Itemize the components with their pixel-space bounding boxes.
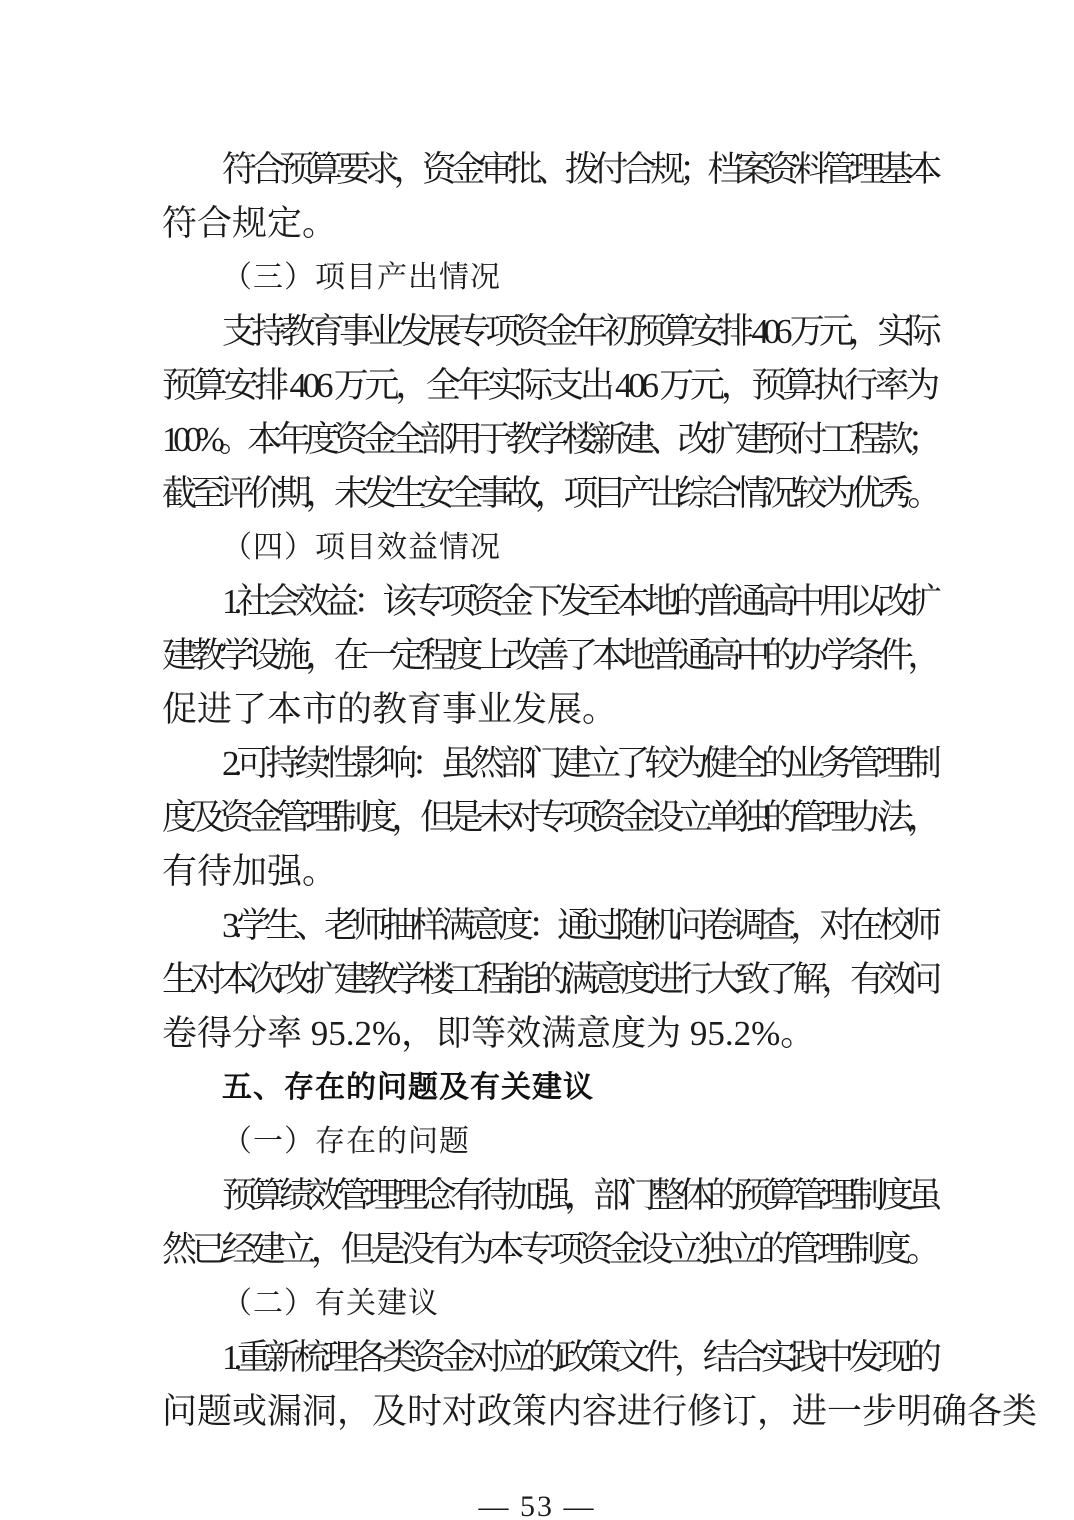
section-subheading: （一）存在的问题: [162, 1115, 936, 1169]
body-line: 符合预算要求，资金审批、拨付合规；档案资料管理基本: [162, 143, 936, 197]
body-line: 卷得分率 95.2%，即等效满意度为 95.2%。: [162, 1007, 936, 1061]
body-line: 1.重新梳理各类资金对应的政策文件，结合实践中发现的: [162, 1331, 936, 1385]
section-subheading: （三）项目产出情况: [162, 251, 936, 305]
body-line: 支持教育事业发展专项资金年初预算安排 406 万元，实际: [162, 305, 936, 359]
body-line: 问题或漏洞，及时对政策内容进行修订，进一步明确各类: [162, 1385, 936, 1439]
body-line: 生对本次改扩建教学楼工程能的满意度进行大致了解，有效问: [162, 953, 936, 1007]
section-subheading: （四）项目效益情况: [162, 521, 936, 575]
page-number: — 53 —: [0, 1490, 1074, 1520]
body-line: 有待加强。: [162, 845, 936, 899]
body-line: 截至评价期，未发生安全事故，项目产出综合情况较为优秀。: [162, 467, 936, 521]
body-line: 100%。本年度资金全部用于教学楼新建、改扩建预付工程款；: [162, 413, 936, 467]
body-line: 预算绩效管理理念有待加强，部门整体的预算管理制度虽: [162, 1169, 936, 1223]
section-heading: 五、存在的问题及有关建议: [162, 1061, 936, 1115]
body-line: 符合规定。: [162, 197, 936, 251]
section-subheading: （二）有关建议: [162, 1277, 936, 1331]
body-line: 1.社会效益：该专项资金下发至本地的普通高中用以改扩: [162, 575, 936, 629]
body-line: 促进了本市的教育事业发展。: [162, 683, 936, 737]
body-line: 预算安排 406 万元，全年实际支出 406 万元，预算执行率为: [162, 359, 936, 413]
body-line: 2.可持续性影响：虽然部门建立了较为健全的业务管理制: [162, 737, 936, 791]
document-page: 符合预算要求，资金审批、拨付合规；档案资料管理基本 符合规定。 （三）项目产出情…: [0, 0, 1074, 1520]
body-line: 3.学生、老师抽样满意度：通过随机问卷调查，对在校师: [162, 899, 936, 953]
document-body: 符合预算要求，资金审批、拨付合规；档案资料管理基本 符合规定。 （三）项目产出情…: [162, 143, 936, 1439]
body-line: 建教学设施，在一定程度上改善了本地普通高中的办学条件，: [162, 629, 936, 683]
body-line: 然已经建立，但是没有为本专项资金设立独立的管理制度。: [162, 1223, 936, 1277]
body-line: 度及资金管理制度，但是未对专项资金设立单独的管理办法，: [162, 791, 936, 845]
